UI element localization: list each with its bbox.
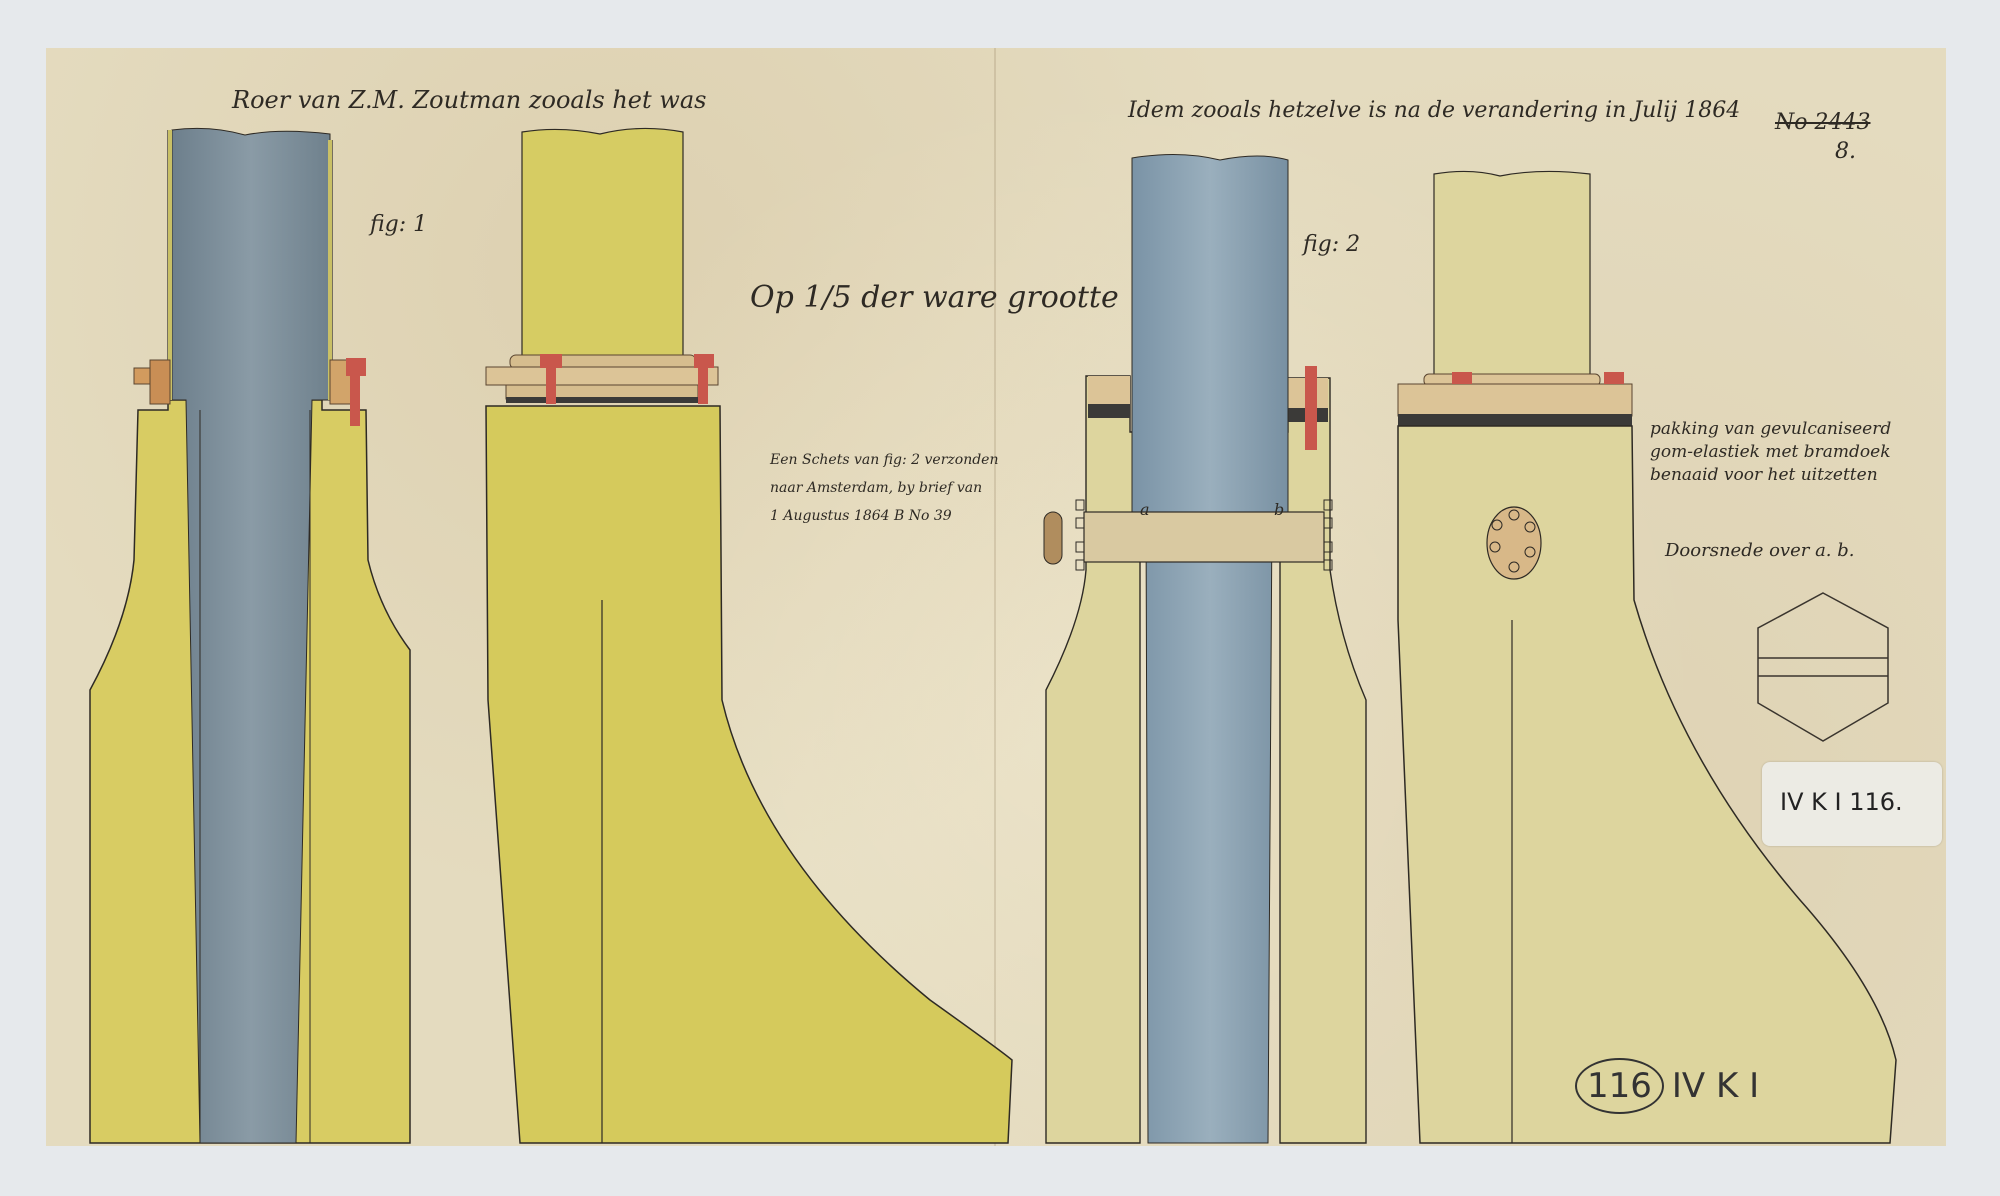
dispatch-note-line: Een Schets van fig: 2 verzonden: [770, 446, 998, 474]
figure-label-2: fig: 2: [1303, 232, 1360, 257]
fig2-elevation: [1398, 171, 1896, 1143]
dispatch-note-line: naar Amsterdam, by brief van: [770, 474, 998, 502]
section-note: Doorsnede over a. b.: [1665, 540, 1855, 561]
scale-note: Op 1/5 der ware grootte: [750, 280, 1119, 315]
section-hexagon: [1758, 593, 1888, 741]
archive-label-text: IV K I 116.: [1780, 788, 1903, 816]
dispatch-note-line: 1 Augustus 1864 B No 39: [770, 502, 998, 530]
circled-number: 116: [1575, 1058, 1664, 1114]
archive-code: IV K I: [1672, 1066, 1759, 1106]
title-modified-rudder: Idem zooals hetzelve is na de veranderin…: [1128, 98, 1740, 123]
struck-catalog-number: No 2443: [1775, 110, 1870, 135]
fig1-section: [90, 128, 410, 1143]
section-letter-a: a: [1140, 500, 1150, 519]
current-catalog-number: 8.: [1835, 139, 1870, 164]
archive-stamp: 116IV K I: [1575, 1058, 1759, 1114]
dispatch-note: Een Schets van fig: 2 verzonden naar Ams…: [770, 446, 998, 530]
title-original-rudder: Roer van Z.M. Zoutman zooals het was: [232, 86, 706, 114]
section-letter-b: b: [1274, 500, 1284, 519]
packing-note-line: benaaid voor het uitzetten: [1650, 464, 1891, 487]
catalog-number: No 2443 8.: [1775, 110, 1870, 164]
packing-note-line: gom-elastiek met bramdoek: [1650, 441, 1891, 464]
packing-note: pakking van gevulcaniseerd gom-elastiek …: [1650, 418, 1891, 487]
packing-note-line: pakking van gevulcaniseerd: [1650, 418, 1891, 441]
archive-label-card: IV K I 116.: [1762, 762, 1942, 846]
figure-label-1: fig: 1: [370, 212, 427, 237]
rudder-drawings: [0, 0, 2000, 1196]
